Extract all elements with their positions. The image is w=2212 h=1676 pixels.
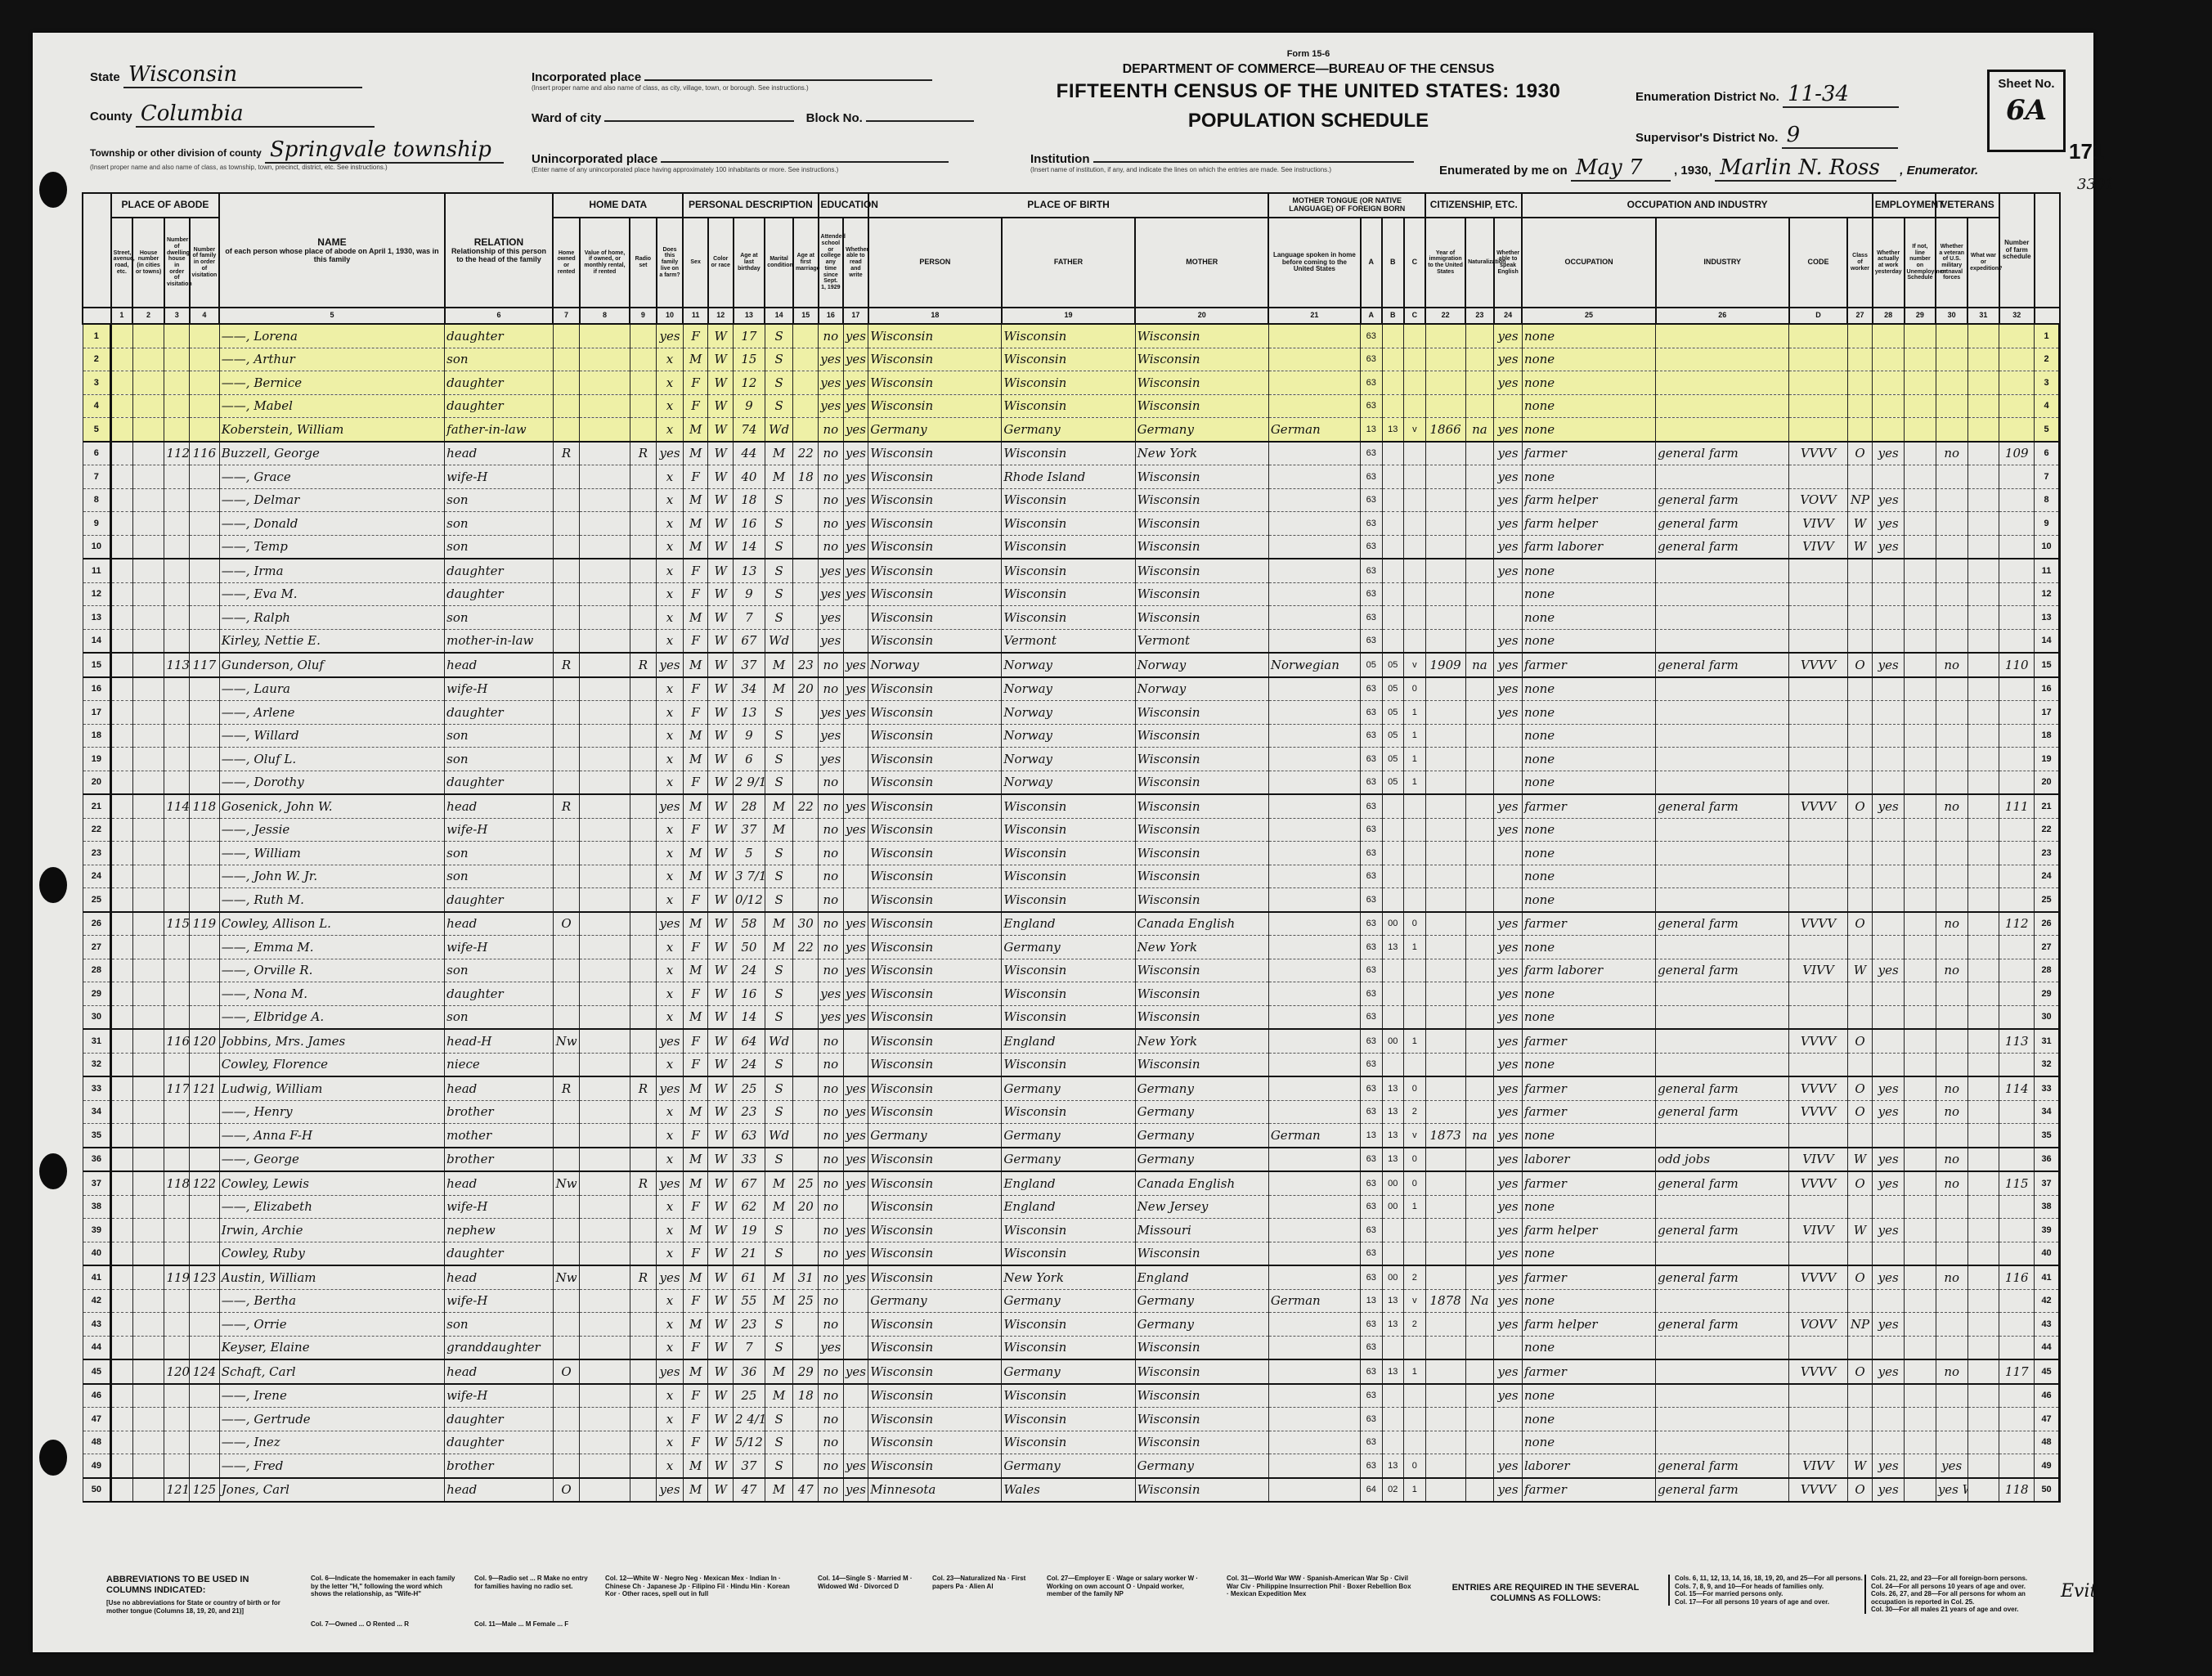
birthplace-person: Germany: [868, 418, 1002, 442]
line-number: 6: [83, 442, 111, 465]
occupation-code: [1789, 1384, 1847, 1408]
war-expedition: [1967, 865, 1999, 888]
code-b: [1382, 794, 1404, 818]
mother-tongue: [1268, 1384, 1360, 1408]
line-number: 43: [83, 1313, 111, 1337]
age-at-first-marriage: [793, 1454, 819, 1478]
birthplace-person: Wisconsin: [868, 1242, 1002, 1265]
birthplace-person: Wisconsin: [868, 442, 1002, 465]
line-number-right: 30: [2035, 1005, 2060, 1029]
unemployment-line: [1905, 535, 1936, 559]
occupation-code: [1789, 606, 1847, 630]
immigration-year: [1425, 1171, 1465, 1195]
lives-on-farm: x: [657, 677, 684, 701]
house-number-cell: [132, 842, 164, 865]
radio-set: [630, 1124, 657, 1148]
family-number: [190, 936, 220, 959]
age: 5/12: [734, 1431, 765, 1454]
unemployment-line: [1905, 1242, 1936, 1265]
person-name: ——, Emma M.: [219, 936, 444, 959]
home-owned-rented: [553, 394, 580, 418]
radio-set: [630, 748, 657, 771]
person-name: ——, John W. Jr.: [219, 865, 444, 888]
speaks-english: yes: [1494, 1076, 1523, 1100]
occupation: farmer: [1522, 1076, 1655, 1100]
code-a: 63: [1361, 1029, 1383, 1053]
relationship: father-in-law: [445, 418, 554, 442]
birthplace-person: Wisconsin: [868, 1336, 1002, 1359]
veteran: no: [1936, 442, 1967, 465]
speaks-english: yes: [1494, 1242, 1523, 1265]
marital-status: M: [765, 1384, 793, 1408]
radio-set: [630, 794, 657, 818]
person-birthplace-header: PERSON: [868, 218, 1002, 308]
radio-set: [630, 629, 657, 653]
industry: [1656, 888, 1789, 912]
class-of-worker: [1847, 1005, 1873, 1029]
group-education: EDUCATION: [819, 193, 868, 218]
class-of-worker: O: [1847, 1100, 1873, 1124]
industry: [1656, 982, 1789, 1006]
farm-schedule-number: [1999, 371, 2035, 395]
house-number-cell: [132, 1076, 164, 1100]
birthplace-person: Wisconsin: [868, 348, 1002, 371]
line-number-right: 43: [2035, 1313, 2060, 1337]
war-expedition: [1967, 936, 1999, 959]
home-value: [580, 1313, 630, 1337]
immigration-year: [1425, 465, 1465, 489]
line-number: 21: [83, 794, 111, 818]
war-expedition: [1967, 1005, 1999, 1029]
occupation-code: VIVV: [1789, 1454, 1847, 1478]
code-a: 63: [1361, 771, 1383, 794]
occupation: farmer: [1522, 1100, 1655, 1124]
person-name: ——, Laura: [219, 677, 444, 701]
can-read-write: yes: [843, 1265, 868, 1289]
house-number-cell: [132, 794, 164, 818]
code-b: [1382, 1336, 1404, 1359]
veteran: [1936, 724, 1967, 748]
sex: F: [683, 371, 708, 395]
unemployment-line: [1905, 1005, 1936, 1029]
at-work: [1873, 1384, 1905, 1408]
war-expedition: [1967, 348, 1999, 371]
column-number: 22: [1425, 308, 1465, 324]
family-number: [190, 888, 220, 912]
home-value: [580, 865, 630, 888]
line-number: 48: [83, 1431, 111, 1454]
home-value: [580, 324, 630, 348]
column-number: B: [1382, 308, 1404, 324]
naturalization: na: [1465, 418, 1494, 442]
attended-school: no: [819, 1124, 844, 1148]
home-owned-rented: R: [553, 442, 580, 465]
sheet-number: 6A: [1990, 94, 2063, 127]
table-row: 7——, Gracewife-HxFW40M18noyesWisconsinRh…: [83, 465, 2060, 489]
immigration-year: [1425, 1242, 1465, 1265]
age-marriage-header: Age at first marriage: [793, 218, 819, 308]
sex: M: [683, 1454, 708, 1478]
table-row: 37118122Cowley, LewisheadNwRyesMW67M25no…: [83, 1171, 2060, 1195]
code-a: 63: [1361, 1454, 1383, 1478]
can-read-write: yes: [843, 324, 868, 348]
speaks-english: yes: [1494, 653, 1523, 677]
war-expedition: [1967, 512, 1999, 536]
line-number: 45: [83, 1359, 111, 1384]
dwelling-number: 116: [164, 1029, 190, 1053]
naturalization: [1465, 865, 1494, 888]
code-a: 63: [1361, 865, 1383, 888]
race: W: [708, 724, 734, 748]
home-owned-rented: [553, 559, 580, 582]
industry: [1656, 582, 1789, 606]
group-home-data: HOME DATA: [553, 193, 683, 218]
relationship: wife-H: [445, 677, 554, 701]
relationship: head: [445, 1359, 554, 1384]
relationship: son: [445, 606, 554, 630]
abbreviations-footer: ABBREVIATIONS TO BE USED IN COLUMNS INDI…: [82, 1575, 2061, 1640]
person-name: Jobbins, Mrs. James: [219, 1029, 444, 1053]
family-number: 118: [190, 794, 220, 818]
entries-list-right: Cols. 21, 22, and 23—For all foreign-bor…: [1864, 1575, 2059, 1614]
radio-set: [630, 888, 657, 912]
age-at-first-marriage: [793, 701, 819, 725]
birthplace-person: Wisconsin: [868, 535, 1002, 559]
immigration-year: [1425, 701, 1465, 725]
table-row: 50121125Jones, CarlheadOyesMW47M47noyesM…: [83, 1478, 2060, 1503]
dwelling-number: [164, 818, 190, 842]
birthplace-person: Wisconsin: [868, 1195, 1002, 1219]
street-cell: [111, 1005, 133, 1029]
enumerated-date-field: Enumerated by me on May 7 , 1930, Marlin…: [1439, 155, 1978, 182]
at-work: [1873, 771, 1905, 794]
war-expedition: [1967, 1029, 1999, 1053]
war-expedition: [1967, 888, 1999, 912]
industry: general farm: [1656, 488, 1789, 512]
radio-set: [630, 1454, 657, 1478]
age: 13: [734, 559, 765, 582]
code-b: [1382, 606, 1404, 630]
lives-on-farm: x: [657, 1313, 684, 1337]
birthplace-father: Wisconsin: [1002, 324, 1135, 348]
age-at-first-marriage: [793, 324, 819, 348]
race: W: [708, 1124, 734, 1148]
relationship: daughter: [445, 324, 554, 348]
at-work: [1873, 818, 1905, 842]
marital-status: S: [765, 748, 793, 771]
code-a: 63: [1361, 606, 1383, 630]
immigration-year: [1425, 394, 1465, 418]
code-c: 1: [1404, 724, 1426, 748]
occupation: none: [1522, 748, 1655, 771]
code-b: [1382, 629, 1404, 653]
line-number: 46: [83, 1384, 111, 1408]
farm-schedule-number: 115: [1999, 1171, 2035, 1195]
code-a: 63: [1361, 1100, 1383, 1124]
farm-schedule-number: [1999, 724, 2035, 748]
war-expedition: [1967, 1053, 1999, 1076]
dwelling-number: [164, 1384, 190, 1408]
veteran: [1936, 418, 1967, 442]
immigration-year: [1425, 1195, 1465, 1219]
home-value: [580, 465, 630, 489]
war-expedition: [1967, 959, 1999, 982]
occupation-code: [1789, 1242, 1847, 1265]
mother-tongue: [1268, 701, 1360, 725]
age: 3 7/12: [734, 865, 765, 888]
attended-school: no: [819, 1053, 844, 1076]
veteran: [1936, 1219, 1967, 1242]
naturalization: [1465, 1408, 1494, 1431]
home-owned-rented: [553, 842, 580, 865]
attended-school: yes: [819, 348, 844, 371]
line-number-right: 17: [2035, 701, 2060, 725]
farm-schedule-number: [1999, 1148, 2035, 1172]
can-read-write: yes: [843, 348, 868, 371]
lives-on-farm: x: [657, 1195, 684, 1219]
industry: [1656, 865, 1789, 888]
race: W: [708, 442, 734, 465]
naturalization: [1465, 324, 1494, 348]
line-number: 41: [83, 1265, 111, 1289]
dwelling-number: [164, 1148, 190, 1172]
immigration-year: 1866: [1425, 418, 1465, 442]
occupation: none: [1522, 1124, 1655, 1148]
farm-schedule-number: [1999, 865, 2035, 888]
family-number: [190, 371, 220, 395]
farm-schedule-number: [1999, 936, 2035, 959]
ward-field: Ward of city Block No.: [532, 111, 974, 125]
attended-school: no: [819, 1313, 844, 1337]
lives-on-farm: x: [657, 1336, 684, 1359]
line-number: 34: [83, 1100, 111, 1124]
attended-school: no: [819, 677, 844, 701]
birthplace-mother: Germany: [1135, 418, 1268, 442]
birthplace-person: Wisconsin: [868, 465, 1002, 489]
age: 14: [734, 1005, 765, 1029]
code-a: 63: [1361, 582, 1383, 606]
naturalization: [1465, 348, 1494, 371]
home-value: [580, 1242, 630, 1265]
birthplace-mother: Wisconsin: [1135, 465, 1268, 489]
home-value: [580, 1076, 630, 1100]
speaks-english: yes: [1494, 1148, 1523, 1172]
home-value: [580, 488, 630, 512]
veteran: [1936, 1336, 1967, 1359]
race: W: [708, 794, 734, 818]
relationship: daughter: [445, 982, 554, 1006]
code-a: 63: [1361, 1313, 1383, 1337]
birthplace-person: Wisconsin: [868, 724, 1002, 748]
mother-tongue: [1268, 582, 1360, 606]
unemployment-line: [1905, 1454, 1936, 1478]
line-number-right: 5: [2035, 418, 2060, 442]
worker-class-header: Class of worker: [1847, 218, 1873, 308]
table-row: 10——, TempsonxMW14SnoyesWisconsinWiscons…: [83, 535, 2060, 559]
veteran: [1936, 582, 1967, 606]
family-number: [190, 1100, 220, 1124]
code-a: 63: [1361, 677, 1383, 701]
column-number: 3: [164, 308, 190, 324]
person-name: ——, Temp: [219, 535, 444, 559]
marital-status: M: [765, 936, 793, 959]
unemployment-line: [1905, 1076, 1936, 1100]
family-number: [190, 1124, 220, 1148]
birthplace-mother: Germany: [1135, 1313, 1268, 1337]
column-number: 24: [1494, 308, 1523, 324]
line-number: 14: [83, 629, 111, 653]
home-value: [580, 677, 630, 701]
house-number-cell: [132, 653, 164, 677]
can-read-write: yes: [843, 1242, 868, 1265]
farm-schedule-number: [1999, 1454, 2035, 1478]
at-work: [1873, 982, 1905, 1006]
person-name: Irwin, Archie: [219, 1219, 444, 1242]
age-at-first-marriage: [793, 724, 819, 748]
class-of-worker: O: [1847, 912, 1873, 936]
column-number: C: [1404, 308, 1426, 324]
radio-set: [630, 982, 657, 1006]
veteran: [1936, 1029, 1967, 1053]
code-c: [1404, 582, 1426, 606]
can-read-write: yes: [843, 582, 868, 606]
line-number-right: 36: [2035, 1148, 2060, 1172]
occupation-code: [1789, 1408, 1847, 1431]
war-expedition: [1967, 371, 1999, 395]
age-at-first-marriage: 31: [793, 1265, 819, 1289]
relationship: wife-H: [445, 465, 554, 489]
home-value: [580, 1219, 630, 1242]
line-number: 24: [83, 865, 111, 888]
unemployment-line: [1905, 818, 1936, 842]
street-cell: [111, 559, 133, 582]
class-of-worker: W: [1847, 1219, 1873, 1242]
birthplace-mother: Norway: [1135, 677, 1268, 701]
occupation: farmer: [1522, 1029, 1655, 1053]
at-work: [1873, 348, 1905, 371]
attended-school: no: [819, 1195, 844, 1219]
line-number: 23: [83, 842, 111, 865]
attended-school: no: [819, 418, 844, 442]
dwelling-number: [164, 394, 190, 418]
family-number: [190, 535, 220, 559]
class-of-worker: [1847, 936, 1873, 959]
line-number-right: 37: [2035, 1171, 2060, 1195]
occupation: none: [1522, 418, 1655, 442]
industry: [1656, 606, 1789, 630]
can-read-write: [843, 842, 868, 865]
person-name: ——, Elbridge A.: [219, 1005, 444, 1029]
age: 44: [734, 442, 765, 465]
radio-set: [630, 1336, 657, 1359]
war-expedition: [1967, 701, 1999, 725]
column-number: 31: [1967, 308, 1999, 324]
relationship: son: [445, 842, 554, 865]
class-of-worker: NP: [1847, 1313, 1873, 1337]
class-of-worker: [1847, 1124, 1873, 1148]
sex: M: [683, 912, 708, 936]
birthplace-father: Germany: [1002, 1076, 1135, 1100]
race: W: [708, 512, 734, 536]
unemployment-line: [1905, 348, 1936, 371]
marital-status: S: [765, 724, 793, 748]
birthplace-mother: Wisconsin: [1135, 512, 1268, 536]
code-b: 05: [1382, 677, 1404, 701]
veteran: no: [1936, 959, 1967, 982]
relationship: son: [445, 348, 554, 371]
industry: [1656, 324, 1789, 348]
race: W: [708, 1100, 734, 1124]
marital-status: M: [765, 794, 793, 818]
dwelling-number: [164, 348, 190, 371]
industry: [1656, 748, 1789, 771]
unemployment-line: [1905, 982, 1936, 1006]
farm-schedule-header: Number of farm schedule: [1999, 193, 2035, 308]
table-row: 29——, Nona M.daughterxFW16SyesyesWiscons…: [83, 982, 2060, 1006]
lives-on-farm: x: [657, 418, 684, 442]
speaks-english: [1494, 888, 1523, 912]
line-number-right: 32: [2035, 1053, 2060, 1076]
can-read-write: yes: [843, 1005, 868, 1029]
lives-on-farm: x: [657, 1454, 684, 1478]
race: W: [708, 1219, 734, 1242]
war-expedition: [1967, 1313, 1999, 1337]
age: 9: [734, 724, 765, 748]
age-at-first-marriage: [793, 582, 819, 606]
occupation: none: [1522, 1053, 1655, 1076]
code-c: v: [1404, 1289, 1426, 1313]
line-number-right: 28: [2035, 959, 2060, 982]
farm-schedule-number: [1999, 1384, 2035, 1408]
dwelling-number: [164, 888, 190, 912]
can-read-write: yes: [843, 912, 868, 936]
industry: general farm: [1656, 1076, 1789, 1100]
occupation: farmer: [1522, 912, 1655, 936]
lives-on-farm: x: [657, 982, 684, 1006]
code-a: 63: [1361, 559, 1383, 582]
marital-status: Wd: [765, 1124, 793, 1148]
street-cell: [111, 371, 133, 395]
dwelling-number: 118: [164, 1171, 190, 1195]
occupation-code: [1789, 1289, 1847, 1313]
race: W: [708, 418, 734, 442]
code-a: 13: [1361, 1124, 1383, 1148]
race: W: [708, 535, 734, 559]
age-at-first-marriage: 29: [793, 1359, 819, 1384]
binder-hole: [39, 1153, 67, 1189]
unemployment-line: [1905, 1195, 1936, 1219]
street-cell: [111, 982, 133, 1006]
at-work: [1873, 912, 1905, 936]
occupation: none: [1522, 771, 1655, 794]
war-expedition: [1967, 1384, 1999, 1408]
line-number-header-right: [2035, 193, 2060, 308]
mother-tongue: [1268, 865, 1360, 888]
supervisor-district-value: 9: [1782, 123, 1898, 149]
home-value: [580, 629, 630, 653]
table-row: 28——, Orville R.sonxMW24SnoyesWisconsinW…: [83, 959, 2060, 982]
home-owned-rented: [553, 1408, 580, 1431]
birthplace-person: Wisconsin: [868, 1076, 1002, 1100]
veteran: no: [1936, 1171, 1967, 1195]
marital-status: S: [765, 582, 793, 606]
line-number: 42: [83, 1289, 111, 1313]
occupation-code: [1789, 582, 1847, 606]
race: W: [708, 371, 734, 395]
industry: [1656, 1408, 1789, 1431]
home-value: [580, 535, 630, 559]
at-work: yes: [1873, 535, 1905, 559]
